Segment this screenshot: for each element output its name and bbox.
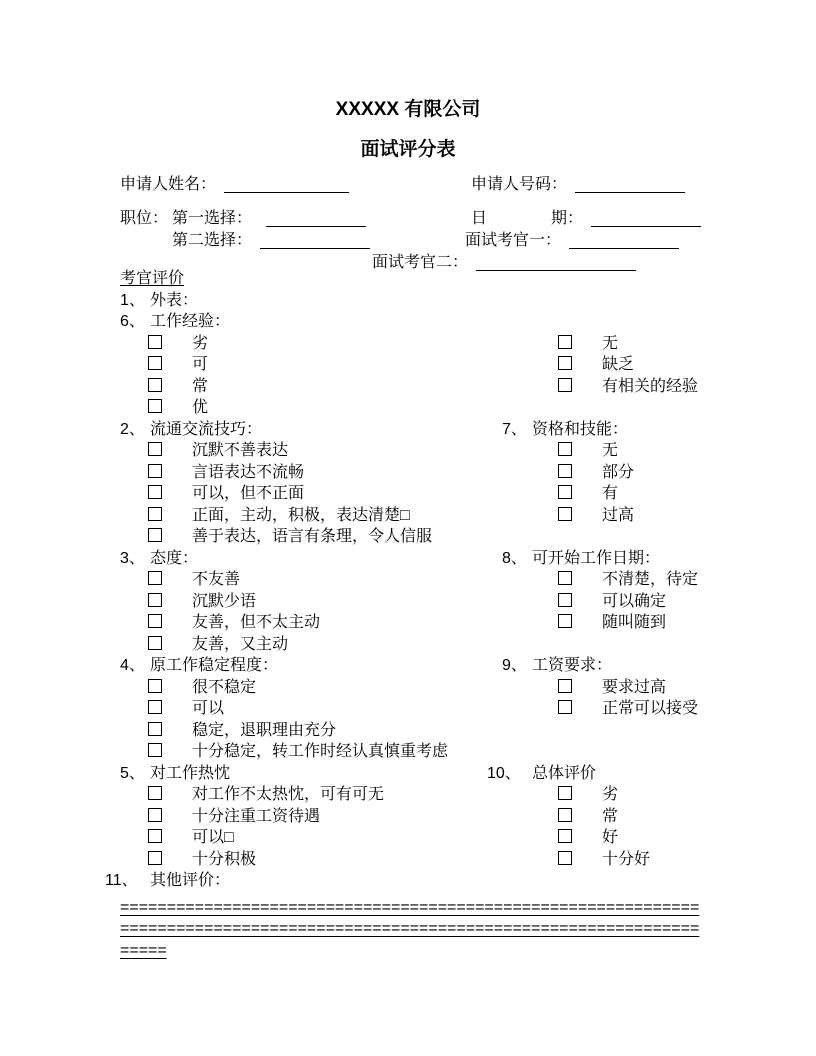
- eval-row: 沉默不善表达无: [120, 440, 816, 462]
- checkbox[interactable]: [148, 722, 162, 736]
- eval-row: 劣无: [120, 333, 816, 355]
- examiner-evaluation-heading-text: 考官评价: [120, 270, 184, 287]
- eval-cell-right: [530, 634, 816, 656]
- option-label: 缺乏: [602, 356, 634, 373]
- option-label: 可: [192, 356, 208, 373]
- checkbox[interactable]: [148, 743, 162, 757]
- section-title: 外表：: [150, 292, 198, 309]
- eval-row: 11、其他评价：: [120, 870, 816, 892]
- eval-cell-right: 劣: [530, 784, 816, 806]
- option-label: 部分: [602, 464, 634, 481]
- eval-row: 言语表达不流畅部分: [120, 462, 816, 484]
- interviewer1-field[interactable]: [569, 232, 679, 249]
- eval-cell-left: 优: [120, 397, 530, 419]
- option-label: 友善，但不太主动: [192, 614, 320, 631]
- eval-row: 可以，但不正面有: [120, 483, 816, 505]
- option-label: 好: [602, 829, 618, 846]
- option-label: 可以确定: [602, 593, 666, 610]
- applicant-number-label: 申请人号码：: [471, 176, 567, 193]
- section-title: 原工作稳定程度：: [150, 657, 278, 674]
- eval-cell-left: 很不稳定: [120, 677, 530, 699]
- eval-cell-left: 2、流通交流技巧：: [120, 419, 502, 441]
- eval-cell-right: 随叫随到: [530, 612, 816, 634]
- eval-cell-left: 友善，又主动: [120, 634, 530, 656]
- section-number: 10、: [487, 763, 532, 785]
- eval-cell-left: 可以，但不正面: [120, 483, 530, 505]
- checkbox[interactable]: [558, 700, 572, 714]
- eval-row: 2、流通交流技巧：7、资格和技能：: [120, 419, 816, 441]
- eval-row: 很不稳定要求过高: [120, 677, 816, 699]
- eval-row: 常有相关的经验: [120, 376, 816, 398]
- section-number: 5、: [120, 763, 150, 785]
- checkbox[interactable]: [558, 679, 572, 693]
- eval-cell-right: [530, 397, 816, 419]
- eval-row: 友善，又主动: [120, 634, 816, 656]
- applicant-name-field[interactable]: [224, 176, 349, 193]
- checkbox[interactable]: [558, 851, 572, 865]
- eval-cell-right: 有: [530, 483, 816, 505]
- eval-cell-right: 常: [530, 806, 816, 828]
- eval-cell-right: 无: [530, 440, 816, 462]
- checkbox[interactable]: [148, 786, 162, 800]
- eval-row: 十分稳定，转工作时经认真慎重考虑: [120, 741, 816, 763]
- eval-cell-left: 可以: [120, 698, 530, 720]
- checkbox[interactable]: [558, 571, 572, 585]
- eval-cell-left: 善于表达，语言有条理，令人信服: [120, 526, 530, 548]
- other-comments-write-area: ========================================…: [120, 897, 712, 962]
- checkbox[interactable]: [558, 614, 572, 628]
- eval-cell-right: 正常可以接受: [530, 698, 816, 720]
- interviewer1-label: 面试考官一：: [465, 232, 561, 249]
- section-title: 资格和技能：: [532, 421, 628, 438]
- checkbox[interactable]: [148, 356, 162, 370]
- option-label: 无: [602, 442, 618, 459]
- document-page: XXXXX 有限公司 面试评分表 申请人姓名： 申请人号码： 职位：第一选择： …: [0, 0, 816, 1056]
- eval-row: 3、态度：8、可开始工作日期：: [120, 548, 816, 570]
- eval-cell-right: 无: [530, 333, 816, 355]
- option-label: 沉默少语: [192, 593, 256, 610]
- eval-cell-left: 可: [120, 354, 530, 376]
- eval-cell-left: 十分积极: [120, 849, 530, 871]
- option-label: 常: [602, 808, 618, 825]
- option-label: 要求过高: [602, 679, 666, 696]
- checkbox[interactable]: [148, 507, 162, 521]
- eval-row: 可缺乏: [120, 354, 816, 376]
- eval-cell-right: [530, 720, 816, 742]
- eval-row: 不友善不清楚，待定: [120, 569, 816, 591]
- section-title: 总体评价: [532, 765, 596, 782]
- eval-cell-left: 言语表达不流畅: [120, 462, 530, 484]
- eval-row: 正面，主动，积极，表达清楚□过高: [120, 505, 816, 527]
- checkbox[interactable]: [148, 335, 162, 349]
- eval-cell-right: [530, 741, 816, 763]
- eval-cell-left: 可以□: [120, 827, 530, 849]
- eval-cell-left: 对工作不太热忱，可有可无: [120, 784, 530, 806]
- header-row-1: 申请人姓名： 申请人号码：: [120, 171, 816, 193]
- option-label: 对工作不太热忱，可有可无: [192, 786, 384, 803]
- eval-cell-left: 4、原工作稳定程度：: [120, 655, 502, 677]
- eval-cell-right: 8、可开始工作日期：: [502, 548, 816, 570]
- checkbox[interactable]: [558, 356, 572, 370]
- evaluation-rows: 1、外表：6、工作经验：劣无可缺乏常有相关的经验优2、流通交流技巧：7、资格和技…: [120, 290, 816, 892]
- section-number: 4、: [120, 655, 150, 677]
- eval-cell-left: 5、对工作热忱: [120, 763, 502, 785]
- checkbox[interactable]: [148, 442, 162, 456]
- eval-row: 1、外表：: [120, 290, 816, 312]
- eval-row: 5、对工作热忱10、总体评价: [120, 763, 816, 785]
- option-label: 稳定，退职理由充分: [192, 722, 336, 739]
- section-title: 工资要求：: [532, 657, 612, 674]
- checkbox[interactable]: [148, 829, 162, 843]
- eval-cell-left: 正面，主动，积极，表达清楚□: [120, 505, 530, 527]
- eval-cell-left: 沉默少语: [120, 591, 530, 613]
- second-choice-label: 第二选择：: [172, 232, 252, 249]
- eval-row: 友善，但不太主动随叫随到: [120, 612, 816, 634]
- checkbox[interactable]: [148, 571, 162, 585]
- option-label: 优: [192, 399, 208, 416]
- checkbox[interactable]: [558, 335, 572, 349]
- eval-cell-left: 十分注重工资待遇: [120, 806, 530, 828]
- applicant-name-label: 申请人姓名：: [120, 176, 216, 193]
- section-title: 可开始工作日期：: [532, 550, 660, 567]
- option-label: 沉默不善表达: [192, 442, 288, 459]
- eval-cell-left: 1、外表：: [120, 290, 502, 312]
- eval-cell-left: 沉默不善表达: [120, 440, 530, 462]
- header-row-3: 第二选择： 面试考官一：: [120, 227, 816, 249]
- checkbox[interactable]: [148, 679, 162, 693]
- eval-cell-left: 6、工作经验：: [120, 311, 502, 333]
- section-number: 6、: [120, 311, 150, 333]
- checkbox[interactable]: [558, 485, 572, 499]
- evaluation-section: 考官评价 1、外表：6、工作经验：劣无可缺乏常有相关的经验优2、流通交流技巧：7…: [120, 268, 816, 961]
- eval-cell-right: 过高: [530, 505, 816, 527]
- eval-cell-left: 不友善: [120, 569, 530, 591]
- checkbox[interactable]: [148, 593, 162, 607]
- date-field[interactable]: [591, 210, 701, 227]
- option-label: 很不稳定: [192, 679, 256, 696]
- company-title: XXXXX 有限公司: [0, 94, 816, 121]
- option-label: 有相关的经验: [602, 378, 698, 395]
- option-label: 十分积极: [192, 851, 256, 868]
- eval-cell-right: 缺乏: [530, 354, 816, 376]
- checkbox[interactable]: [148, 614, 162, 628]
- eval-cell-right: 不清楚，待定: [530, 569, 816, 591]
- applicant-number-field[interactable]: [575, 176, 685, 193]
- examiner-evaluation-heading: 考官评价: [120, 268, 816, 290]
- eval-cell-right: [502, 870, 816, 892]
- checkbox[interactable]: [148, 464, 162, 478]
- eval-cell-right: 10、总体评价: [502, 763, 816, 785]
- eval-cell-right: 有相关的经验: [530, 376, 816, 398]
- eval-cell-right: 7、资格和技能：: [502, 419, 816, 441]
- eval-row: 稳定，退职理由充分: [120, 720, 816, 742]
- section-number: 2、: [120, 419, 150, 441]
- option-label: 无: [602, 335, 618, 352]
- option-label: 常: [192, 378, 208, 395]
- eval-cell-right: 十分好: [530, 849, 816, 871]
- section-number: 11、: [105, 870, 150, 892]
- fill-line-3: =====: [120, 940, 712, 962]
- option-label: 可以，但不正面: [192, 485, 304, 502]
- eval-cell-left: 十分稳定，转工作时经认真慎重考虑: [120, 741, 530, 763]
- eval-row: 对工作不太热忱，可有可无劣: [120, 784, 816, 806]
- checkbox[interactable]: [148, 636, 162, 650]
- section-title: 对工作热忱: [150, 765, 230, 782]
- fill-line-1: ========================================…: [120, 897, 712, 919]
- eval-cell-right: 要求过高: [530, 677, 816, 699]
- eval-cell-left: 稳定，退职理由充分: [120, 720, 530, 742]
- checkbox[interactable]: [558, 808, 572, 822]
- header-row-2: 职位：第一选择： 日 期：: [120, 205, 816, 227]
- section-number: 8、: [502, 548, 532, 570]
- option-label: 十分好: [602, 851, 650, 868]
- option-label: 随叫随到: [602, 614, 666, 631]
- first-choice-field[interactable]: [266, 210, 366, 227]
- checkbox[interactable]: [558, 464, 572, 478]
- section-title: 工作经验：: [150, 313, 230, 330]
- checkbox[interactable]: [558, 442, 572, 456]
- option-label: 正常可以接受: [602, 700, 698, 717]
- section-title: 态度：: [150, 550, 198, 567]
- option-label: 有: [602, 485, 618, 502]
- section-number: 3、: [120, 548, 150, 570]
- option-label: 十分稳定，转工作时经认真慎重考虑: [192, 743, 448, 760]
- section-title: 流通交流技巧：: [150, 421, 262, 438]
- option-label: 善于表达，语言有条理，令人信服: [192, 528, 432, 545]
- option-label: 劣: [192, 335, 208, 352]
- eval-row: 十分注重工资待遇常: [120, 806, 816, 828]
- option-label: 正面，主动，积极，表达清楚□: [192, 507, 410, 524]
- eval-row: 沉默少语可以确定: [120, 591, 816, 613]
- section-number: 7、: [502, 419, 532, 441]
- section-number: 9、: [502, 655, 532, 677]
- section-title: 其他评价：: [150, 872, 230, 889]
- checkbox[interactable]: [148, 378, 162, 392]
- eval-cell-right: [502, 290, 816, 312]
- checkbox[interactable]: [558, 786, 572, 800]
- option-label: 劣: [602, 786, 618, 803]
- eval-row: 可以正常可以接受: [120, 698, 816, 720]
- eval-row: 可以□好: [120, 827, 816, 849]
- option-label: 十分注重工资待遇: [192, 808, 320, 825]
- eval-cell-right: 可以确定: [530, 591, 816, 613]
- option-label: 言语表达不流畅: [192, 464, 304, 481]
- eval-row: 4、原工作稳定程度：9、工资要求：: [120, 655, 816, 677]
- eval-cell-left: 劣: [120, 333, 530, 355]
- first-choice-label: 第一选择：: [172, 210, 252, 227]
- eval-cell-right: 好: [530, 827, 816, 849]
- eval-row: 6、工作经验：: [120, 311, 816, 333]
- checkbox[interactable]: [558, 829, 572, 843]
- checkbox[interactable]: [148, 399, 162, 413]
- date-label: 日 期：: [471, 210, 583, 227]
- checkbox[interactable]: [148, 528, 162, 542]
- eval-cell-right: 9、工资要求：: [502, 655, 816, 677]
- section-number: 1、: [120, 290, 150, 312]
- option-label: 友善，又主动: [192, 636, 288, 653]
- option-label: 不清楚，待定: [602, 571, 698, 588]
- checkbox[interactable]: [148, 851, 162, 865]
- option-label: 过高: [602, 507, 634, 524]
- eval-cell-left: 常: [120, 376, 530, 398]
- checkbox[interactable]: [558, 378, 572, 392]
- position-label: 职位：: [120, 210, 168, 227]
- checkbox[interactable]: [148, 700, 162, 714]
- form-title: 面试评分表: [0, 134, 816, 161]
- second-choice-field[interactable]: [260, 232, 370, 249]
- eval-cell-left: 11、其他评价：: [120, 870, 502, 892]
- checkbox[interactable]: [558, 593, 572, 607]
- eval-cell-right: 部分: [530, 462, 816, 484]
- eval-cell-left: 3、态度：: [120, 548, 502, 570]
- eval-row: 善于表达，语言有条理，令人信服: [120, 526, 816, 548]
- option-label: 可以: [192, 700, 224, 717]
- fill-line-2: ========================================…: [120, 918, 712, 940]
- eval-row: 优: [120, 397, 816, 419]
- checkbox[interactable]: [148, 485, 162, 499]
- checkbox[interactable]: [558, 507, 572, 521]
- eval-cell-right: [502, 311, 816, 333]
- eval-cell-right: [530, 526, 816, 548]
- option-label: 可以□: [192, 829, 234, 846]
- eval-cell-left: 友善，但不太主动: [120, 612, 530, 634]
- eval-row: 十分积极十分好: [120, 849, 816, 871]
- option-label: 不友善: [192, 571, 240, 588]
- checkbox[interactable]: [148, 808, 162, 822]
